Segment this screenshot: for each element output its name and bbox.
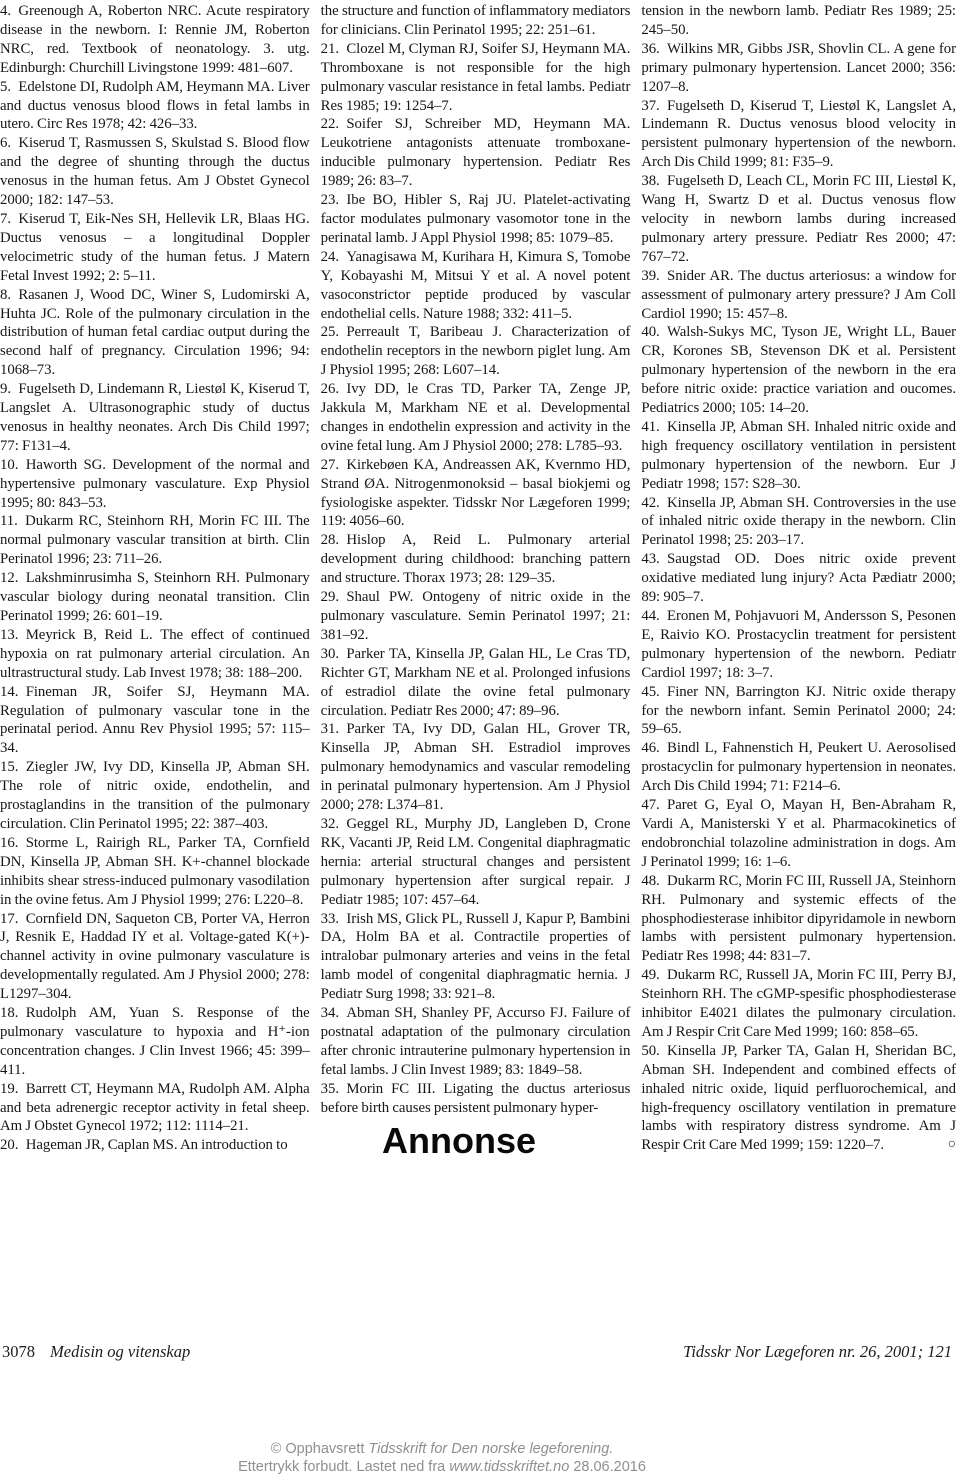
reference-item: 22. Soifer SJ, Schreiber MD, Heymann MA.… [321, 115, 631, 191]
reference-item: 10. Haworth SG. Development of the norma… [0, 456, 310, 513]
reference-item: 30. Parker TA, Kinsella JP, Galan HL, Le… [321, 645, 631, 721]
reference-item: 36. Wilkins MR, Gibbs JSR, Shovlin CL. A… [641, 40, 956, 97]
reference-item: 23. Ibe BO, Hibler S, Raj JU. Platelet-a… [321, 191, 631, 248]
reference-item: 42. Kinsella JP, Abman SH. Controversies… [641, 494, 956, 551]
references-section: 4. Greenough A, Roberton NRC. Acute resp… [0, 2, 956, 1155]
reference-item: 47. Paret G, Eyal O, Mayan H, Ben-Abraha… [641, 796, 956, 872]
reference-item: the structure and function of inflammato… [321, 2, 631, 40]
reference-item: 14. Fineman JR, Soifer SJ, Heymann MA. R… [0, 683, 310, 759]
copyright-owner-text: Tidsskrift for Den norske legeforening. [368, 1441, 613, 1457]
reference-item: 35. Morin FC III. Ligating the ductus ar… [321, 1080, 631, 1118]
reference-item: 15. Ziegler JW, Ivy DD, Kinsella JP, Abm… [0, 758, 310, 834]
journal-citation: Tidsskr Nor Lægeforen nr. 26, 2001; 121 [683, 1342, 952, 1361]
download-notice-text: Ettertrykk forbudt. Lastet ned fra [238, 1459, 449, 1475]
reference-item: 16. Storme L, Rairigh RL, Parker TA, Cor… [0, 834, 310, 910]
reference-item: 26. Ivy DD, le Cras TD, Parker TA, Zenge… [321, 380, 631, 456]
reference-item: 50. Kinsella JP, Parker TA, Galan H, She… [641, 1042, 956, 1155]
copyright-line-1: © Opphavsrett Tidsskrift for Den norske … [0, 1441, 884, 1459]
annonse-label: Annonse [382, 1122, 536, 1160]
reference-item: 49. Dukarm RC, Russell JA, Morin FC III,… [641, 966, 956, 1042]
reference-item: 33. Irish MS, Glick PL, Russell J, Kapur… [321, 910, 631, 1005]
reference-item: 8. Rasanen J, Wood DC, Winer S, Ludomirs… [0, 286, 310, 381]
reference-item: 44. Eronen M, Pohjavuori M, Andersson S,… [641, 607, 956, 683]
reference-item: 48. Dukarm RC, Morin FC III, Russell JA,… [641, 872, 956, 967]
reference-item: 7. Kiserud T, Eik-Nes SH, Hellevik LR, B… [0, 210, 310, 286]
journal-page: 4. Greenough A, Roberton NRC. Acute resp… [0, 0, 960, 1480]
section-title: Medisin og vitenskap [50, 1342, 190, 1361]
footer: 3078Medisin og vitenskap Tidsskr Nor Læg… [0, 1342, 952, 1361]
reference-item: 18. Rudolph AM, Yuan S. Response of the … [0, 1004, 310, 1080]
copyright-notice: © Opphavsrett Tidsskrift for Den norske … [0, 1441, 884, 1476]
download-date-text: 28.06.2016 [569, 1459, 646, 1475]
reference-column-3: tension in the newborn lamb. Pediatr Res… [641, 2, 956, 1155]
reference-item: 28. Hislop A, Reid L. Pulmonary arterial… [321, 531, 631, 588]
copyright-symbol-text: © Opphavsrett [271, 1441, 369, 1457]
reference-item: 9. Fugelseth D, Lindemann R, Liestøl K, … [0, 380, 310, 456]
reference-item: 19. Barrett CT, Heymann MA, Rudolph AM. … [0, 1080, 310, 1137]
source-site-text: www.tidsskriftet.no [449, 1459, 569, 1475]
reference-item: 39. Snider AR. The ductus arteriosus: a … [641, 267, 956, 324]
reference-item: 11. Dukarm RC, Steinhorn RH, Morin FC II… [0, 512, 310, 569]
reference-column-2: the structure and function of inflammato… [321, 2, 631, 1155]
reference-item: 31. Parker TA, Ivy DD, Galan HL, Grover … [321, 720, 631, 815]
reference-item: 4. Greenough A, Roberton NRC. Acute resp… [0, 2, 310, 78]
reference-item: 38. Fugelseth D, Leach CL, Morin FC III,… [641, 172, 956, 267]
end-of-article-icon: ○ [948, 1136, 956, 1155]
reference-item: 46. Bindl L, Fahnenstich H, Peukert U. A… [641, 739, 956, 796]
reference-item: 41. Kinsella JP, Abman SH. Inhaled nitri… [641, 418, 956, 494]
reference-item: 34. Abman SH, Shanley PF, Accurso FJ. Fa… [321, 1004, 631, 1080]
reference-item: 12. Lakshminrusimha S, Steinhorn RH. Pul… [0, 569, 310, 626]
reference-column-1: 4. Greenough A, Roberton NRC. Acute resp… [0, 2, 310, 1155]
reference-item: 25. Perreault T, Baribeau J. Characteriz… [321, 323, 631, 380]
reference-item: 6. Kiserud T, Rasmussen S, Skulstad S. B… [0, 134, 310, 210]
reference-item: 5. Edelstone DI, Rudolph AM, Heymann MA.… [0, 78, 310, 135]
reference-item: 40. Walsh-Sukys MC, Tyson JE, Wright LL,… [641, 323, 956, 418]
copyright-line-2: Ettertrykk forbudt. Lastet ned fra www.t… [0, 1459, 884, 1477]
reference-item: 24. Yanagisawa M, Kurihara H, Kimura S, … [321, 248, 631, 324]
reference-item: tension in the newborn lamb. Pediatr Res… [641, 2, 956, 40]
reference-item: 45. Finer NN, Barrington KJ. Nitric oxid… [641, 683, 956, 740]
reference-item: 43. Saugstad OD. Does nitric oxide preve… [641, 550, 956, 607]
reference-item: 20. Hageman JR, Caplan MS. An introducti… [0, 1136, 310, 1155]
reference-item: 37. Fugelseth D, Kiserud T, Liestøl K, L… [641, 97, 956, 173]
page-number: 3078 [2, 1342, 35, 1361]
reference-item: 27. Kirkebøen KA, Andreassen AK, Kvernmo… [321, 456, 631, 532]
reference-item: 17. Cornfield DN, Saqueton CB, Porter VA… [0, 910, 310, 1005]
reference-item: 13. Meyrick B, Reid L. The effect of con… [0, 626, 310, 683]
reference-item: 32. Geggel RL, Murphy JD, Langleben D, C… [321, 815, 631, 910]
footer-left: 3078Medisin og vitenskap [2, 1342, 190, 1361]
reference-item: 29. Shaul PW. Ontogeny of nitric oxide i… [321, 588, 631, 645]
reference-item: 21. Clozel M, Clyman RJ, Soifer SJ, Heym… [321, 40, 631, 116]
